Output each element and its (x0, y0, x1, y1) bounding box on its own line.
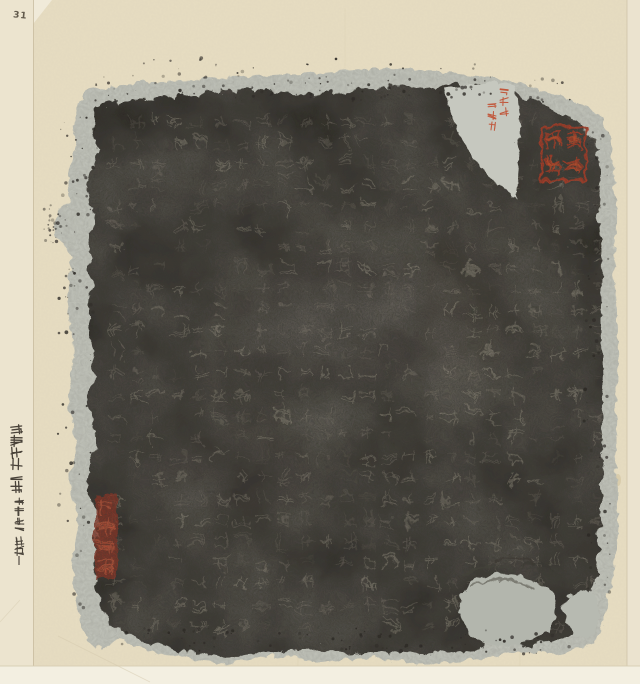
rubbing-scan-page: 31 (0, 0, 640, 684)
bottom-margin-strip (0, 666, 640, 684)
rubbing-artwork (0, 0, 640, 684)
paper-stain (615, 474, 621, 486)
right-margin-strip (627, 0, 640, 684)
ink-field (60, 60, 620, 670)
page-number: 31 (13, 10, 28, 21)
left-margin-strip (0, 0, 33, 684)
ink-speckle-texture (60, 60, 620, 670)
collector-seal-bottom-left (93, 493, 115, 577)
collector-seal-top-right (539, 125, 585, 179)
